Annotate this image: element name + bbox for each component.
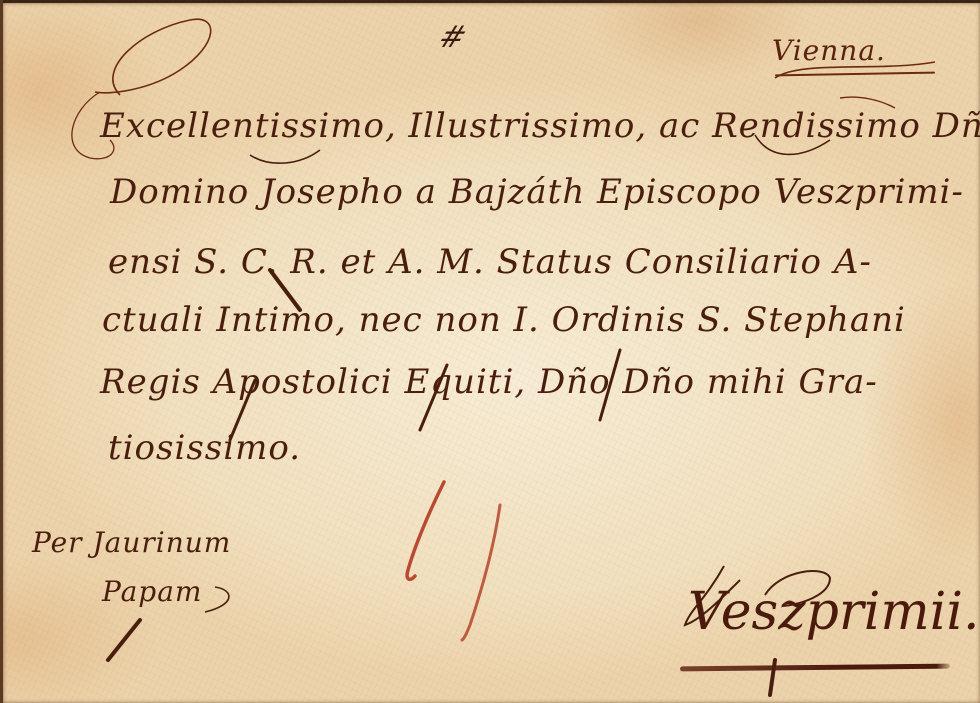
destination-veszprimii: Veszprimii. bbox=[688, 582, 980, 642]
origin-note-vienna: Vienna. bbox=[772, 34, 886, 67]
address-line-5: Regis Apostolici Equiti, Dño Dño mihi Gr… bbox=[100, 362, 878, 402]
address-line-4: ctuali Intimo, nec non I. Ordinis S. Ste… bbox=[102, 300, 906, 340]
destination-underline bbox=[680, 664, 950, 672]
address-line-2: Domino Josepho a Bajzáth Episcopo Veszpr… bbox=[110, 172, 964, 212]
docket-hash-mark: # bbox=[434, 20, 472, 55]
routing-note-line-1: Per Jaurinum bbox=[32, 526, 231, 559]
routing-note-line-2: Papam bbox=[102, 575, 202, 608]
address-line-6: tiosissimo. bbox=[108, 428, 301, 468]
address-line-3: ensi S. C. R. et A. M. Status Consiliari… bbox=[108, 242, 872, 282]
scan-edge-left bbox=[0, 0, 3, 703]
vienna-underline bbox=[775, 72, 935, 77]
letter-cover-paper: # Vienna. Excellentissimo, Illustrissimo… bbox=[0, 0, 980, 703]
scan-edge-top bbox=[0, 0, 980, 3]
address-line-1: Excellentissimo, Illustrissimo, ac Rendi… bbox=[100, 106, 980, 146]
